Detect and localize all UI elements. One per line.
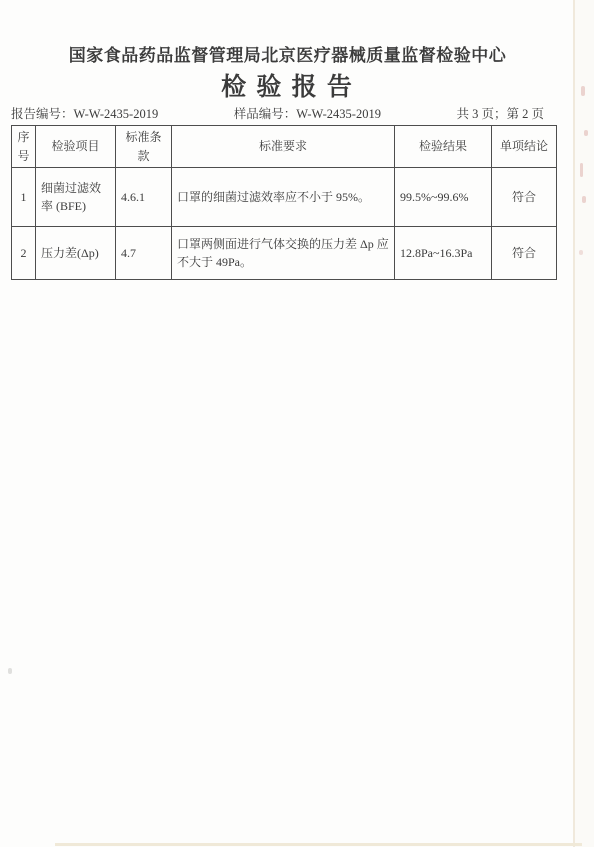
report-title: 检 验 报 告 bbox=[0, 67, 575, 103]
report-number: 报告编号：W-W-2435-2019 bbox=[11, 104, 158, 122]
col-header-clause: 标准条款 bbox=[116, 126, 172, 168]
col-header-result: 检验结果 bbox=[395, 126, 492, 168]
table-header-row: 序号 检验项目 标准条款 标准要求 检验结果 单项结论 bbox=[12, 126, 557, 168]
inspection-results-table: 序号 检验项目 标准条款 标准要求 检验结果 单项结论 1 细菌过滤效率 (BF… bbox=[11, 125, 557, 280]
paper-right-margin bbox=[575, 0, 594, 847]
cell-item: 细菌过滤效率 (BFE) bbox=[36, 168, 116, 227]
col-header-requirement: 标准要求 bbox=[172, 126, 395, 168]
scan-speck bbox=[8, 668, 12, 674]
col-header-item: 检验项目 bbox=[36, 126, 116, 168]
report-number-label: 报告编号： bbox=[11, 107, 74, 121]
cell-result: 12.8Pa~16.3Pa bbox=[395, 227, 492, 280]
cell-requirement: 口罩两侧面进行气体交换的压力差 Δp 应不大于 49Pa。 bbox=[172, 227, 395, 280]
cell-result: 99.5%~99.6% bbox=[395, 168, 492, 227]
col-header-no: 序号 bbox=[12, 126, 36, 168]
cell-requirement: 口罩的细菌过滤效率应不小于 95%。 bbox=[172, 168, 395, 227]
cell-item: 压力差(Δp) bbox=[36, 227, 116, 280]
cell-conclusion: 符合 bbox=[492, 227, 557, 280]
organization-title: 国家食品药品监督管理局北京医疗器械质量监督检验中心 bbox=[0, 41, 575, 66]
scan-speck bbox=[581, 86, 585, 96]
cell-clause: 4.7 bbox=[116, 227, 172, 280]
table-row: 2 压力差(Δp) 4.7 口罩两侧面进行气体交换的压力差 Δp 应不大于 49… bbox=[12, 227, 557, 280]
sample-number-value: W-W-2435-2019 bbox=[296, 107, 381, 121]
table-row: 1 细菌过滤效率 (BFE) 4.6.1 口罩的细菌过滤效率应不小于 95%。 … bbox=[12, 168, 557, 227]
cell-conclusion: 符合 bbox=[492, 168, 557, 227]
scanned-report-page: 国家食品药品监督管理局北京医疗器械质量监督检验中心 检 验 报 告 报告编号：W… bbox=[0, 0, 594, 847]
report-meta-row: 报告编号：W-W-2435-2019 样品编号：W-W-2435-2019 共 … bbox=[11, 104, 544, 122]
scan-speck bbox=[582, 196, 586, 203]
report-number-value: W-W-2435-2019 bbox=[74, 107, 159, 121]
sample-number-label: 样品编号： bbox=[234, 107, 297, 121]
scan-speck bbox=[584, 130, 588, 136]
cell-no: 2 bbox=[12, 227, 36, 280]
col-header-conclusion: 单项结论 bbox=[492, 126, 557, 168]
scan-speck bbox=[580, 163, 583, 177]
cell-no: 1 bbox=[12, 168, 36, 227]
cell-clause: 4.6.1 bbox=[116, 168, 172, 227]
scan-speck bbox=[579, 250, 583, 255]
sample-number: 样品编号：W-W-2435-2019 bbox=[234, 104, 381, 122]
pagination: 共 3 页；第 2 页 bbox=[456, 104, 544, 122]
paper-edge-line bbox=[573, 0, 575, 847]
paper-bottom-edge bbox=[55, 843, 582, 846]
